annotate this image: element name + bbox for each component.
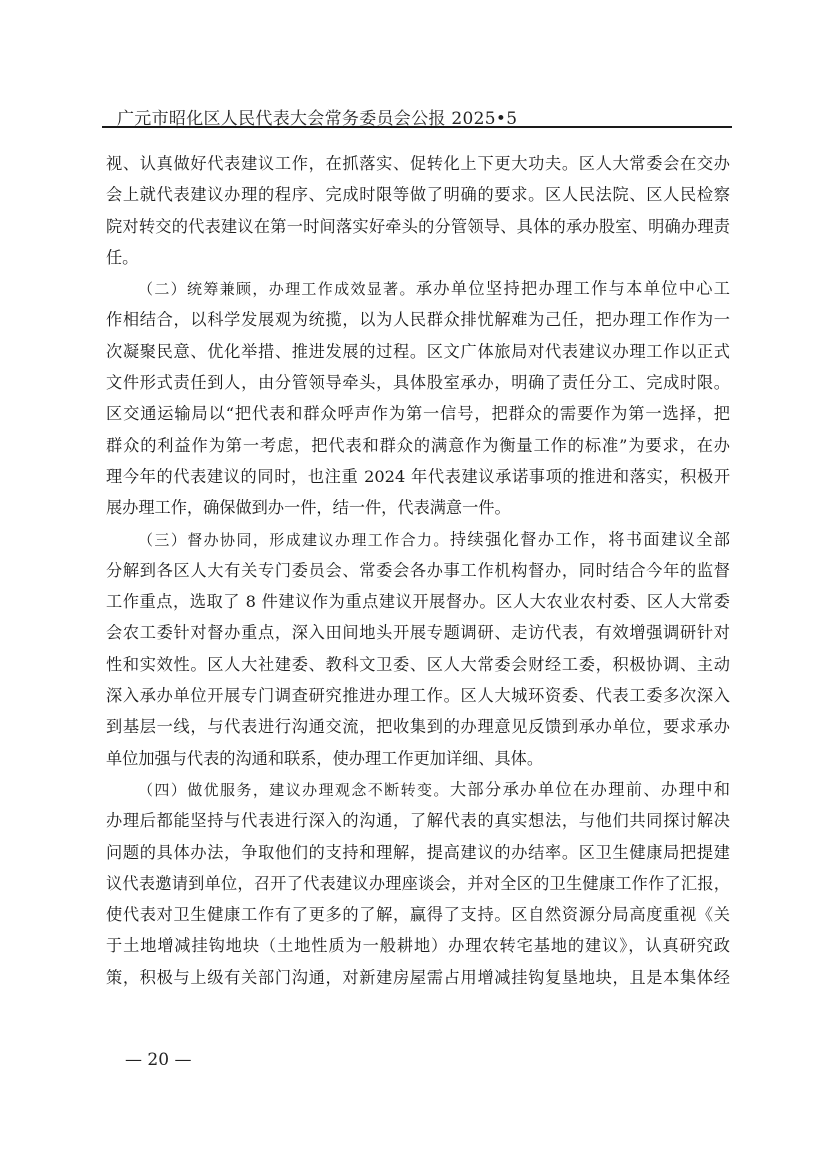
text-line: 分解到各区人大有关专门委员会、常委会各办事工作机构督办，同时结合今年的监督 <box>106 555 730 586</box>
header-divider <box>102 126 732 128</box>
text-line: （四）做优服务，建议办理观念不断转变。大部分承办单位在办理前、办理中和 <box>106 774 730 805</box>
paragraph-section-3: （三）督办协同，形成建议办理工作合力。持续强化督办工作，将书面建议全部 分解到各… <box>106 524 730 774</box>
text-line: 问题的具体办法，争取他们的支持和理解，提高建议的办结率。区卫生健康局把提建 <box>106 837 730 868</box>
section-heading: （三）督办协同，形成建议办理工作合力。 <box>138 531 450 549</box>
text-line: 于土地增减挂钩地块（土地性质为一般耕地）办理农转宅基地的建议》，认真研究政 <box>106 930 730 961</box>
text-line: （三）督办协同，形成建议办理工作合力。持续强化督办工作，将书面建议全部 <box>106 524 730 555</box>
text-line: 作相结合，以科学发展观为统揽，以为人民群众排忧解难为己任，把办理工作作为一 <box>106 304 730 335</box>
text-line: 办理后都能坚持与代表进行深入的沟通，了解代表的真实想法，与他们共同探讨解决 <box>106 805 730 836</box>
page-number: — 20 — <box>125 1050 191 1070</box>
document-body: 视、认真做好代表建议工作，在抓落实、促转化上下更大功夫。区人大常委会在交办 会上… <box>106 148 730 993</box>
text-line: 单位加强与代表的沟通和联系，使办理工作更加详细、具体。 <box>106 743 730 774</box>
text-line: 视、认真做好代表建议工作，在抓落实、促转化上下更大功夫。区人大常委会在交办 <box>106 148 730 179</box>
text-line: 到基层一线，与代表进行沟通交流，把收集到的办理意见反馈到承办单位，要求承办 <box>106 711 730 742</box>
text-line: 会上就代表建议办理的程序、完成时限等做了明确的要求。区人民法院、区人民检察 <box>106 179 730 210</box>
text-line: 院对转交的代表建议在第一时间落实好牵头的分管领导、具体的承办股室、明确办理责 <box>106 211 730 242</box>
paragraph-section-4: （四）做优服务，建议办理观念不断转变。大部分承办单位在办理前、办理中和 办理后都… <box>106 774 730 993</box>
text-line: 策，积极与上级有关部门沟通，对新建房屋需占用增减挂钩复垦地块，且是本集体经 <box>106 962 730 993</box>
paragraph-continuation: 视、认真做好代表建议工作，在抓落实、促转化上下更大功夫。区人大常委会在交办 会上… <box>106 148 730 273</box>
text-line: 理今年的代表建议的同时，也注重 2024 年代表建议承诺事项的推进和落实，积极开 <box>106 461 730 492</box>
text-line: 深入承办单位开展专门调查研究推进办理工作。区人大城环资委、代表工委多次深入 <box>106 680 730 711</box>
text-line: 议代表邀请到单位，召开了代表建议办理座谈会，并对全区的卫生健康工作作了汇报， <box>106 868 730 899</box>
section-heading: （二）统筹兼顾，办理工作成效显著。 <box>138 280 416 298</box>
text-line: 区交通运输局以“把代表和群众呼声作为第一信号，把群众的需要作为第一选择，把 <box>106 398 730 429</box>
text-line: 文件形式责任到人，由分管领导牵头，具体股室承办，明确了责任分工、完成时限。 <box>106 367 730 398</box>
text-run: 大部分承办单位在办理前、办理中和 <box>450 780 730 799</box>
text-line: 展办理工作，确保做到办一件，结一件，代表满意一件。 <box>106 492 730 523</box>
text-line: 会农工委针对督办重点，深入田间地头开展专题调研、走访代表，有效增强调研针对 <box>106 617 730 648</box>
text-line: 性和实效性。区人大社建委、教科文卫委、区人大常委会财经工委，积极协调、主动 <box>106 649 730 680</box>
paragraph-section-2: （二）统筹兼顾，办理工作成效显著。承办单位坚持把办理工作与本单位中心工 作相结合… <box>106 273 730 523</box>
text-line: 使代表对卫生健康工作有了更多的了解，赢得了支持。区自然资源分局高度重视《关 <box>106 899 730 930</box>
text-line: 群众的利益作为第一考虑，把代表和群众的满意作为衡量工作的标准”为要求，在办 <box>106 430 730 461</box>
section-heading: （四）做优服务，建议办理观念不断转变。 <box>138 781 450 799</box>
text-run: 持续强化督办工作，将书面建议全部 <box>450 530 730 549</box>
text-line: 任。 <box>106 242 730 273</box>
text-run: 承办单位坚持把办理工作与本单位中心工 <box>416 279 730 298</box>
text-line: 工作重点，选取了 8 件建议作为重点建议开展督办。区人大农业农村委、区人大常委 <box>106 586 730 617</box>
text-line: 次凝聚民意、优化举措、推进发展的过程。区文广体旅局对代表建议办理工作以正式 <box>106 336 730 367</box>
text-line: （二）统筹兼顾，办理工作成效显著。承办单位坚持把办理工作与本单位中心工 <box>106 273 730 304</box>
